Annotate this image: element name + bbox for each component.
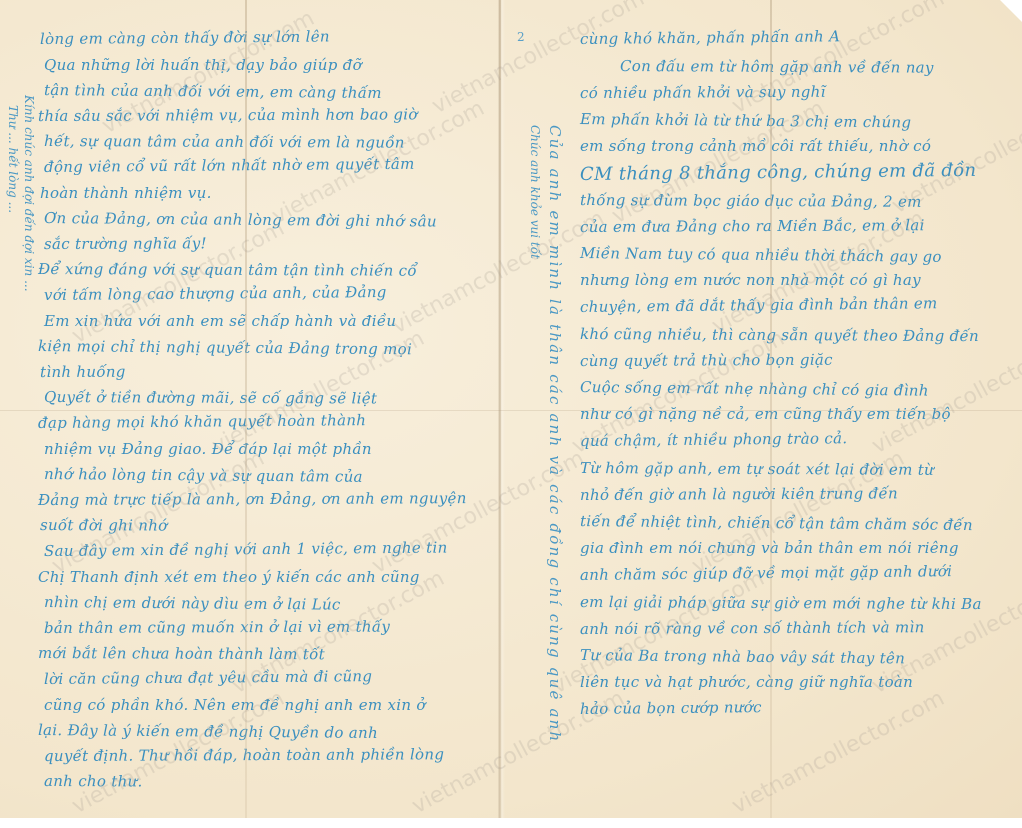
handwritten-line: tiến để nhiệt tình, chiến cổ tận tâm chă… <box>580 512 973 534</box>
handwritten-line: Cuộc sống em rất nhẹ nhàng chỉ có gia đì… <box>580 378 929 400</box>
handwritten-line: Em xin hứa với anh em sẽ chấp hành và đi… <box>44 312 396 330</box>
handwritten-line: anh chăm sóc giúp đỡ về mọi mặt gặp anh … <box>580 562 952 584</box>
handwritten-line: Chị Thanh định xét em theo ý kiến các an… <box>38 568 420 586</box>
handwritten-line: thía sâu sắc với nhiệm vụ, của mình hơn … <box>38 105 418 125</box>
handwritten-line: anh cho thư. <box>44 772 143 790</box>
handwritten-line: Đảng mà trực tiếp là anh, ơn Đảng, ơn an… <box>38 489 467 509</box>
handwritten-line: liên tục và hạt phước, càng giữ nghĩa to… <box>580 673 913 691</box>
handwritten-line: lại. Đây là ý kiến em đề nghị Quyền do a… <box>38 721 378 742</box>
margin-note-vertical: Kính chúc anh đợi đến đợi xin ... <box>22 95 36 292</box>
handwritten-line: em sống trong cảnh mồ côi rất thiếu, nhờ… <box>580 137 931 155</box>
handwritten-line: cũng có phần khó. Nên em đề nghị anh em … <box>44 696 426 714</box>
handwritten-line: đạp hàng mọi khó khăn quyết hoàn thành <box>38 411 366 432</box>
handwritten-line: Để xứng đáng với sự quan tâm tận tình ch… <box>38 260 417 280</box>
handwritten-line: Tư của Ba trong nhà bao vây sát thay tên <box>580 646 905 667</box>
handwritten-line: nhiệm vụ Đảng giao. Để đáp lại một phần <box>44 440 372 458</box>
handwritten-line: nhớ hảo lòng tin cậy và sự quan tâm của <box>44 465 363 486</box>
handwritten-line: sắc trường nghĩa ấy! <box>44 234 207 253</box>
letter-scan: lòng em càng còn thấy đời sự lớn lênQua … <box>0 0 1022 818</box>
handwritten-line: hảo của bọn cướp nước <box>580 698 762 718</box>
right-page: cùng khó khăn, phấn phấn anh ACon đấu em… <box>502 0 1022 818</box>
handwritten-line: tình huống <box>40 362 126 380</box>
handwritten-line: khó cũng nhiều, thì càng sẵn quyết theo … <box>580 325 979 345</box>
handwritten-line: thống sự đùm bọc giáo dục của Đảng, 2 em <box>580 191 922 211</box>
handwritten-line: mới bắt lên chưa hoàn thành làm tốt <box>38 644 325 663</box>
handwritten-line: kiện mọi chỉ thị nghị quyết của Đảng tro… <box>38 337 412 358</box>
margin-note-vertical: Của anh em mình là thân các anh và các đ… <box>546 125 564 743</box>
left-page: lòng em càng còn thấy đời sự lớn lênQua … <box>0 0 500 818</box>
page-divider-crease <box>499 0 501 818</box>
fold-crease-vertical <box>770 0 772 818</box>
handwritten-line: hoàn thành nhiệm vụ. <box>40 184 212 202</box>
handwritten-line: Ơn của Đảng, ơn của anh lòng em đời ghi … <box>44 209 437 230</box>
page-number-mark: 2 <box>517 30 525 44</box>
handwritten-line: Con đấu em từ hôm gặp anh về đến nay <box>620 57 934 77</box>
handwritten-line: với tấm lòng cao thượng của anh, của Đản… <box>44 283 387 304</box>
handwritten-line: quá chậm, ít nhiều phong trào cả. <box>580 429 848 450</box>
handwritten-line: chuyện, em đã dắt thấy gia đình bản thân… <box>580 294 938 316</box>
fold-crease-vertical <box>245 0 247 818</box>
handwritten-line: bản thân em cũng muốn xin ở lại vì em th… <box>44 617 390 637</box>
handwritten-line: Em phấn khởi là từ thứ ba 3 chị em chúng <box>580 110 912 131</box>
handwritten-line: CM tháng 8 thắng công, chúng em đã đồn <box>580 160 977 185</box>
handwritten-line: động viên cổ vũ rất lớn nhất nhờ em quyế… <box>44 155 415 176</box>
handwritten-line: Từ hôm gặp anh, em tự soát xét lại đời e… <box>580 459 934 479</box>
handwritten-line: như có gì nặng nề cả, em cũng thấy em ti… <box>580 405 951 423</box>
handwritten-line: Quyết ở tiền đường mãi, sẽ cố gắng sẽ li… <box>44 388 377 407</box>
torn-corner <box>1000 0 1022 22</box>
handwritten-line: anh nói rõ ràng về con số thành tích và … <box>580 618 925 638</box>
handwritten-line: suốt đời ghi nhớ <box>40 516 168 535</box>
handwritten-line: Qua những lời huấn thị, dạy bảo giúp đỡ <box>44 56 362 74</box>
handwritten-line: cùng khó khăn, phấn phấn anh A <box>580 27 840 48</box>
handwritten-line: Miền Nam tuy có qua nhiều thời thách gay… <box>580 244 942 266</box>
handwritten-line: nhưng lòng em nước non nhà một có gì hay <box>580 271 921 289</box>
handwritten-line: lòng em càng còn thấy đời sự lớn lên <box>40 27 330 48</box>
handwritten-line: lời căn cũng chưa đạt yêu cầu mà đi cũng <box>44 667 372 688</box>
handwritten-line: có nhiều phấn khởi và suy nghĩ <box>580 82 826 101</box>
fold-crease-horizontal <box>0 410 1022 411</box>
handwritten-line: em lại giải pháp giữa sự giờ em mới nghe… <box>580 593 982 613</box>
scan-bottom-margin <box>0 818 1022 828</box>
margin-note-vertical: Chúc anh khỏe vui tốt <box>528 125 542 259</box>
handwritten-line: hết, sự quan tâm của anh đối với em là n… <box>44 132 405 152</box>
handwritten-line: tận tình của anh đối với em, em càng thấ… <box>44 81 382 102</box>
handwritten-line: của em đưa Đảng cho ra Miền Bắc, em ở lạ… <box>580 216 925 236</box>
handwritten-line: cùng quyết trả thù cho bọn giặc <box>580 350 833 369</box>
handwritten-line: nhỏ đến giờ anh là người kiên trung đến <box>580 484 898 504</box>
margin-note-vertical: Thư ... hết lòng ... <box>6 105 20 213</box>
handwritten-line: nhìn chị em dưới này dìu em ở lại Lúc <box>44 593 341 614</box>
